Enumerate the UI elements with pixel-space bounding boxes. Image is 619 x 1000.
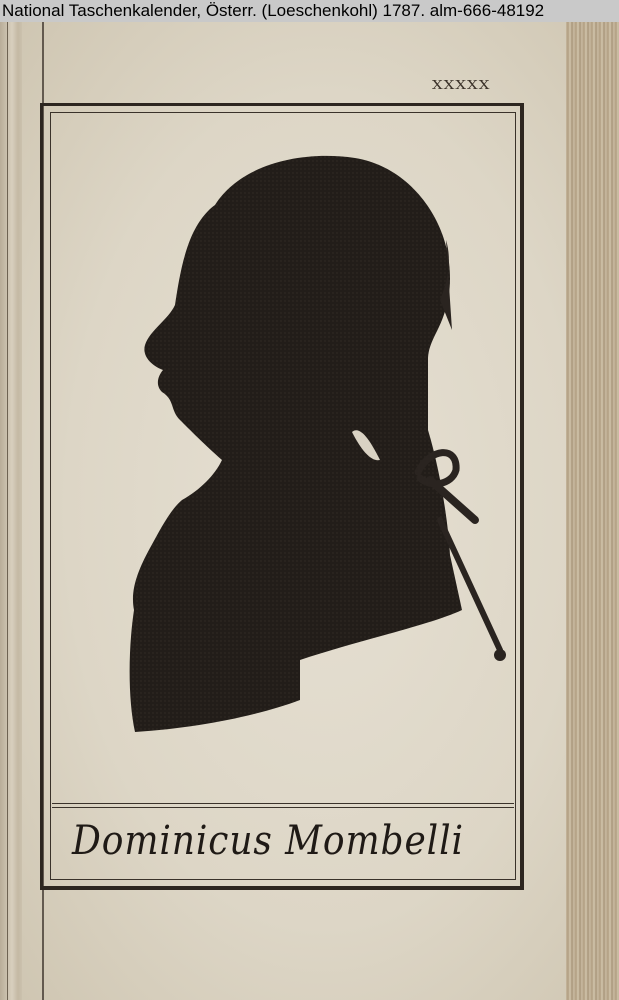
caption-divider [52, 803, 514, 808]
book-photo: XXXXX Dominicus Mombelli [0, 0, 619, 1000]
portrait-name: Dominicus Mombelli [72, 818, 464, 864]
image-caption: National Taschenkalender, Österr. (Loesc… [0, 0, 619, 22]
